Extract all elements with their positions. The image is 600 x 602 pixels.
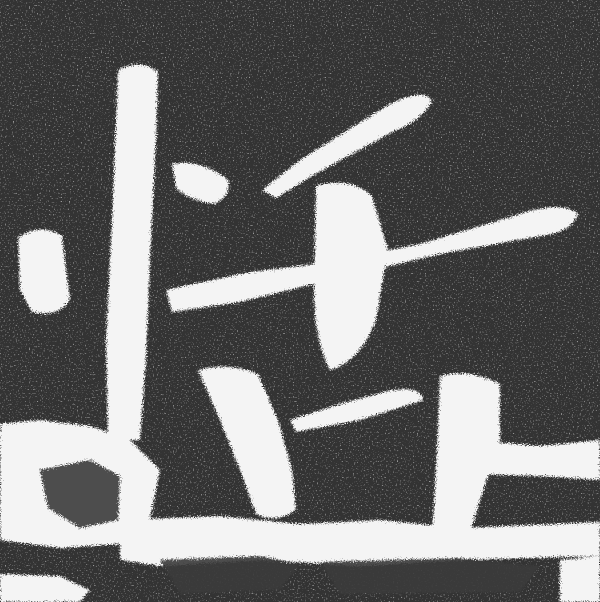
stroke-bottom-right bbox=[560, 556, 600, 602]
rubbing-canvas bbox=[0, 0, 600, 602]
stroke-right-horizontal bbox=[470, 440, 600, 480]
calligraphy-rubbing: Stone rubbing of a Chinese calligraphy c… bbox=[0, 0, 600, 602]
texture-patch bbox=[320, 558, 540, 594]
texture-patch bbox=[160, 556, 300, 594]
